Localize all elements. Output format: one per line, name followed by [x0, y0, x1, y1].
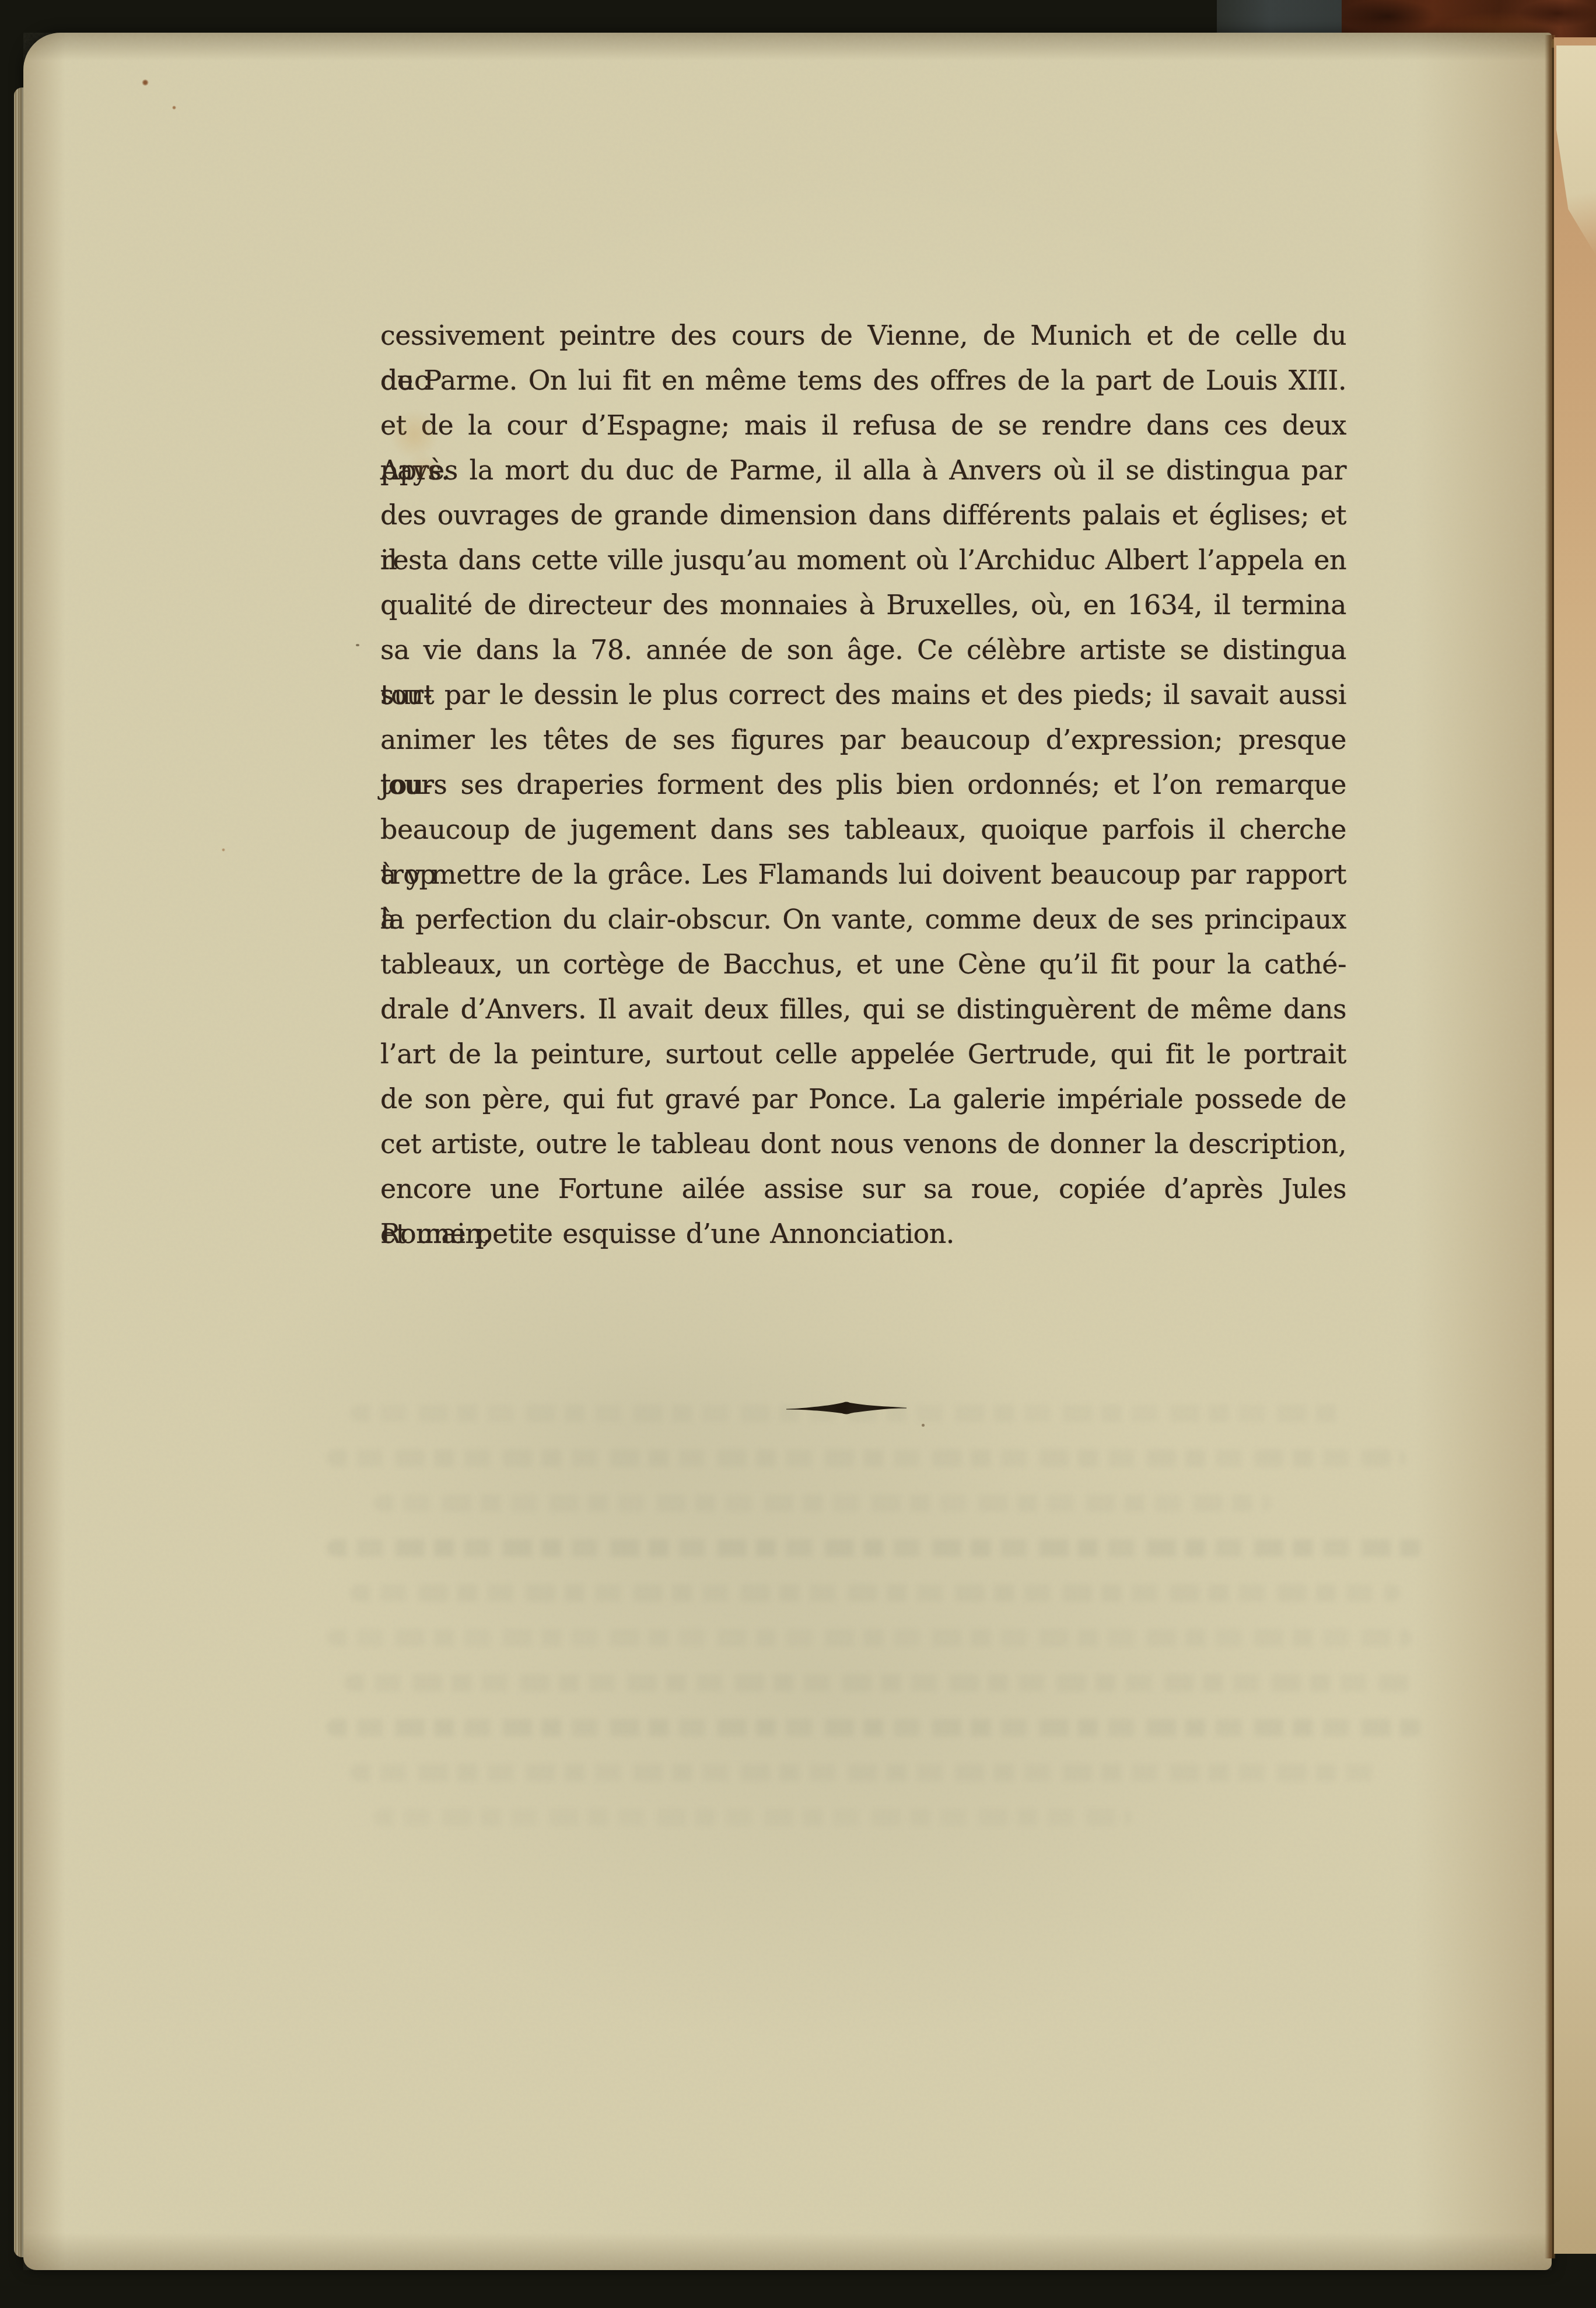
text-line: animer les têtes de ses figures par beau… [380, 717, 1346, 762]
text-line: Après la mort du duc de Parme, il alla à… [380, 448, 1346, 493]
text-line: et une petite esquisse d’une Annonciatio… [380, 1211, 1346, 1256]
foxing-spot [142, 79, 149, 86]
text-line: l’art de la peinture, surtout celle appe… [380, 1032, 1346, 1077]
bleed-through-line [344, 1674, 1412, 1691]
bleed-through-line [327, 1719, 1423, 1736]
bleed-through-line [327, 1629, 1412, 1647]
bleed-through-line [373, 1809, 1132, 1826]
book-photo: cessivement peintre des cours de Vienne,… [0, 0, 1596, 2308]
text-block: cessivement peintre des cours de Vienne,… [380, 313, 1346, 1256]
bleed-through-line [373, 1494, 1272, 1512]
foxing-spot [222, 848, 225, 852]
text-line: à y mettre de la grâce. Les Flamands lui… [380, 852, 1346, 897]
text-line: tout par le dessin le plus correct des m… [380, 673, 1346, 717]
text-line: encore une Fortune ailée assise sur sa r… [380, 1167, 1346, 1211]
binding-shadow-block [1217, 0, 1349, 34]
bleed-through-line [350, 1584, 1400, 1602]
foxing-stain [408, 453, 439, 482]
ink-speck [922, 1424, 925, 1427]
text-line: sa vie dans la 78. année de son âge. Ce … [380, 628, 1346, 673]
ink-speck [356, 644, 359, 646]
text-line: de Parme. On lui fit en même tems des of… [380, 358, 1346, 403]
text-line: qualité de directeur des monnaies à Brux… [380, 583, 1346, 628]
foxing-spot [172, 106, 176, 110]
text-line: et de la cour d’Espagne; mais il refusa … [380, 403, 1346, 448]
bleed-through-line [327, 1539, 1423, 1557]
text-line: cet artiste, outre le tableau dont nous … [380, 1122, 1346, 1167]
text-line: cessivement peintre des cours de Vienne,… [380, 313, 1346, 358]
foxing-stain [391, 409, 437, 460]
text-line: des ouvrages de grande dimension dans di… [380, 493, 1346, 538]
text-line: beaucoup de jugement dans ses tableaux, … [380, 807, 1346, 852]
text-line: tableaux, un cortège de Bacchus, et une … [380, 942, 1346, 987]
bleed-through-line [327, 1449, 1406, 1467]
bleed-through-line [350, 1405, 1342, 1422]
text-line: la perfection du clair-obscur. On vante,… [380, 897, 1346, 942]
text-line: resta dans cette ville jusqu’au moment o… [380, 538, 1346, 583]
text-line: drale d’Anvers. Il avait deux filles, qu… [380, 987, 1346, 1032]
adjacent-page-strip [1554, 37, 1596, 2254]
text-line: de son père, qui fut gravé par Ponce. La… [380, 1077, 1346, 1122]
book-page: cessivement peintre des cours de Vienne,… [23, 33, 1552, 2270]
bleed-through-line [350, 1764, 1377, 1781]
ink-speck [1317, 371, 1320, 374]
text-line: jours ses draperies forment des plis bie… [380, 762, 1346, 807]
